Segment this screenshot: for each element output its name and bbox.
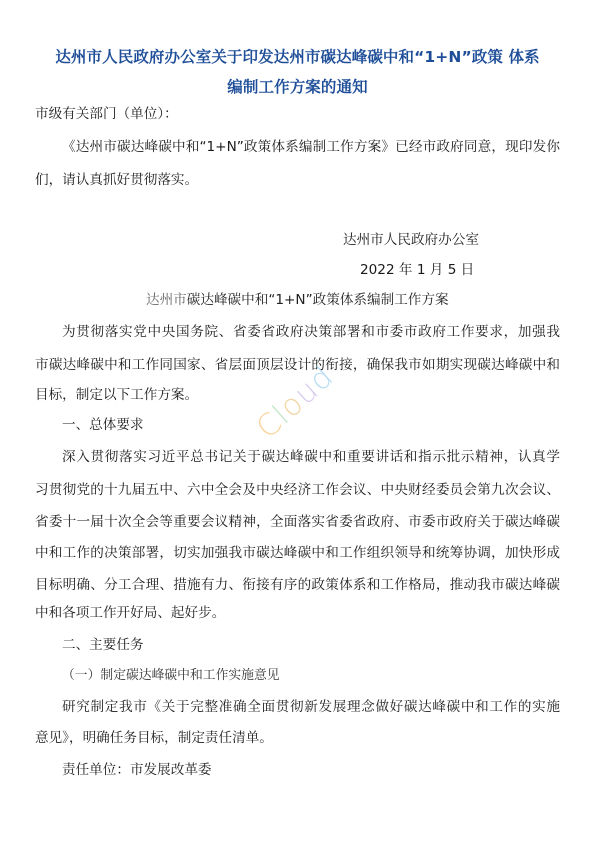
section1-line-4: 中和工作的决策部署，切实加强我市碳达峰碳中和工作组织领导和统筹协调，加快形成	[35, 544, 560, 562]
issuer: 达州市人民政府办公室	[343, 231, 543, 249]
section2-sub1-line-2: 意见》，明确任务目标，制定责任清单。	[35, 729, 560, 747]
notice-line-1: 《达州市碳达峰碳中和“1+N”政策体系编制工作方案》已经市政府同意，现印发你	[62, 138, 560, 156]
plan-subtitle-lead: 达州市	[146, 292, 187, 308]
document-title-line1: 达州市人民政府办公室关于印发达州市碳达峰碳中和“1+N”政策 体系	[0, 45, 595, 67]
section2-sub1-heading: （一）制定碳达峰碳中和工作实施意见	[62, 667, 560, 685]
notice-line-2: 们，请认真抓好贯彻落实。	[35, 171, 560, 189]
intro-line-3: 目标，制定以下工作方案。	[35, 386, 560, 404]
section2-heading: 二、主要任务	[62, 636, 560, 654]
section2-sub1-line-1: 研究制定我市《关于完整准确全面贯彻新发展理念做好碳达峰碳中和工作的实施	[62, 698, 560, 716]
issue-date: 2022 年 1 月 5 日	[360, 261, 560, 279]
section1-heading: 一、总体要求	[62, 416, 560, 434]
section1-line-3: 省委十一届十次全会等重要会议精神，全面落实省委省政府、市委市政府关于碳达峰碳	[35, 513, 560, 531]
section1-line-5: 目标明确、分工合理、措施有力、衔接有序的政策体系和工作格局，推动我市碳达峰碳	[35, 576, 560, 594]
plan-subtitle-rest: 碳达峰碳中和“1+N”政策体系编制工作方案	[187, 292, 449, 308]
document-page: 达州市人民政府办公室关于印发达州市碳达峰碳中和“1+N”政策 体系 编制工作方案…	[0, 0, 595, 841]
section1-line-6: 中和各项工作开好局、起好步。	[35, 604, 560, 622]
section1-line-2: 习贯彻党的十九届五中、六中全会及中央经济工作会议、中央财经委员会第九次会议、	[35, 481, 560, 499]
section1-line-1: 深入贯彻落实习近平总书记关于碳达峰碳中和重要讲话和指示批示精神，认真学	[62, 448, 560, 466]
salutation: 市级有关部门（单位）：	[35, 105, 560, 123]
intro-line-1: 为贯彻落实党中央国务院、省委省政府决策部署和市委市政府工作要求，加强我	[62, 323, 560, 341]
plan-subtitle: 达州市碳达峰碳中和“1+N”政策体系编制工作方案	[146, 291, 546, 309]
responsible-unit: 责任单位：市发展改革委	[62, 761, 560, 779]
document-title-line2: 编制工作方案的通知	[0, 75, 595, 97]
intro-line-2: 市碳达峰碳中和工作同国家、省层面顶层设计的衔接，确保我市如期实现碳达峰碳中和	[35, 356, 560, 374]
